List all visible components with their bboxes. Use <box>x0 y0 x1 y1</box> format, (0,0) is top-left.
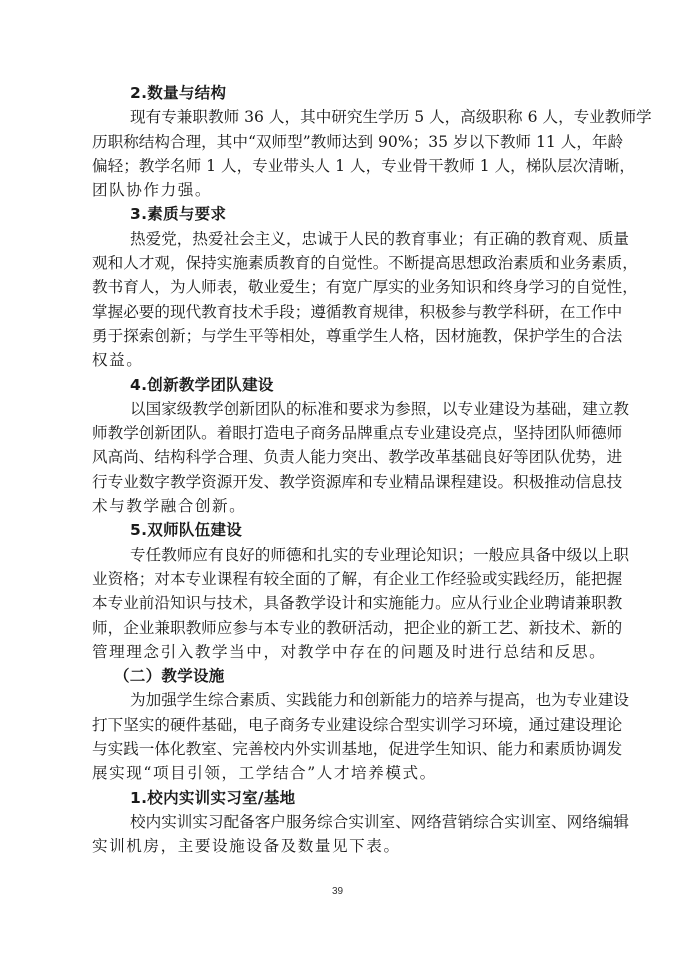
text-line: 业资格；对本专业课程有较全面的了解，有企业工作经验或实践经历，能把握 <box>92 567 576 591</box>
text-line: 教书育人，为人师表，敬业爱生；有宽广厚实的业务知识和终身学习的自觉性， <box>92 275 576 299</box>
text-line: 师，企业兼职教师应参与本专业的教研活动，把企业的新工艺、新技术、新的 <box>92 616 576 640</box>
section-heading-innovation-team: 4.创新教学团队建设 <box>92 373 576 397</box>
paragraph-innovation-team: 以国家级教学创新团队的标准和要求为参照，以专业建设为基础，建立教 师教学创新团队… <box>92 397 576 518</box>
text-line: 管理理念引入教学当中，对教学中存在的问题及时进行总结和反思。 <box>92 640 576 664</box>
text-line: 掌握必要的现代教育技术手段；遵循教育规律，积极参与教学科研，在工作中 <box>92 300 576 324</box>
text-line: 热爱党，热爱社会主义，忠诚于人民的教育事业；有正确的教育观、质量 <box>92 227 576 251</box>
paragraph-dual-teacher: 专任教师应有良好的师德和扎实的专业理论知识；一般应具备中级以上职 业资格；对本专… <box>92 543 576 664</box>
text-line: 勇于探索创新；与学生平等相处，尊重学生人格，因材施教，保护学生的合法 <box>92 324 576 348</box>
text-line: 偏轻；教学名师 1 人，专业带头人 1 人，专业骨干教师 1 人，梯队层次清晰， <box>92 154 576 178</box>
text-line: 专任教师应有良好的师德和扎实的专业理论知识；一般应具备中级以上职 <box>92 543 576 567</box>
text-line: 权益。 <box>92 348 576 372</box>
section-heading-campus-training-rooms: 1.校内实训实习室/基地 <box>92 786 576 810</box>
text-line: 与实践一体化教室、完善校内外实训基地，促进学生知识、能力和素质协调发 <box>92 737 576 761</box>
section-heading-quantity-structure: 2.数量与结构 <box>92 81 576 105</box>
text-line: 展实现“项目引领，工学结合”人才培养模式。 <box>92 761 576 785</box>
text-line: 师教学创新团队。着眼打造电子商务品牌重点专业建设亮点，坚持团队师德师 <box>92 421 576 445</box>
text-line: 本专业前沿知识与技术，具备教学设计和实施能力。应从行业企业聘请兼职教 <box>92 591 576 615</box>
paragraph-campus-training-rooms: 校内实训实习配备客户服务综合实训室、网络营销综合实训室、网络编辑 实训机房，主要… <box>92 810 576 859</box>
document-page: 2.数量与结构 现有专兼职教师 36 人，其中研究生学历 5 人，高级职称 6 … <box>92 81 576 859</box>
page-number: 39 <box>0 886 675 897</box>
section-heading-teaching-facilities: （二）教学设施 <box>92 664 576 688</box>
paragraph-teaching-facilities: 为加强学生综合素质、实践能力和创新能力的培养与提高，也为专业建设 打下坚实的硬件… <box>92 688 576 785</box>
text-line: 打下坚实的硬件基础，电子商务专业建设综合型实训学习环境，通过建设理论 <box>92 713 576 737</box>
paragraph-quality-requirements: 热爱党，热爱社会主义，忠诚于人民的教育事业；有正确的教育观、质量 观和人才观，保… <box>92 227 576 373</box>
text-line: 术与教学融合创新。 <box>92 494 576 518</box>
section-heading-dual-teacher: 5.双师队伍建设 <box>92 518 576 542</box>
text-line: 观和人才观，保持实施素质教育的自觉性。不断提高思想政治素质和业务素质， <box>92 251 576 275</box>
paragraph-quantity-structure: 现有专兼职教师 36 人，其中研究生学历 5 人，高级职称 6 人，专业教师学 … <box>92 105 576 202</box>
text-line: 以国家级教学创新团队的标准和要求为参照，以专业建设为基础，建立教 <box>92 397 576 421</box>
text-line: 历职称结构合理，其中“双师型”教师达到 90%；35 岁以下教师 11 人，年龄 <box>92 130 576 154</box>
text-line: 为加强学生综合素质、实践能力和创新能力的培养与提高，也为专业建设 <box>92 688 576 712</box>
text-line: 校内实训实习配备客户服务综合实训室、网络营销综合实训室、网络编辑 <box>92 810 576 834</box>
text-line: 实训机房，主要设施设备及数量见下表。 <box>92 834 576 858</box>
text-line: 行专业数字教学资源开发、教学资源库和专业精品课程建设。积极推动信息技 <box>92 470 576 494</box>
text-line: 现有专兼职教师 36 人，其中研究生学历 5 人，高级职称 6 人，专业教师学 <box>92 105 576 129</box>
section-heading-quality-requirements: 3.素质与要求 <box>92 202 576 226</box>
text-line: 风高尚、结构科学合理、负责人能力突出、教学改革基础良好等团队优势，进 <box>92 445 576 469</box>
text-line: 团队协作力强。 <box>92 178 576 202</box>
